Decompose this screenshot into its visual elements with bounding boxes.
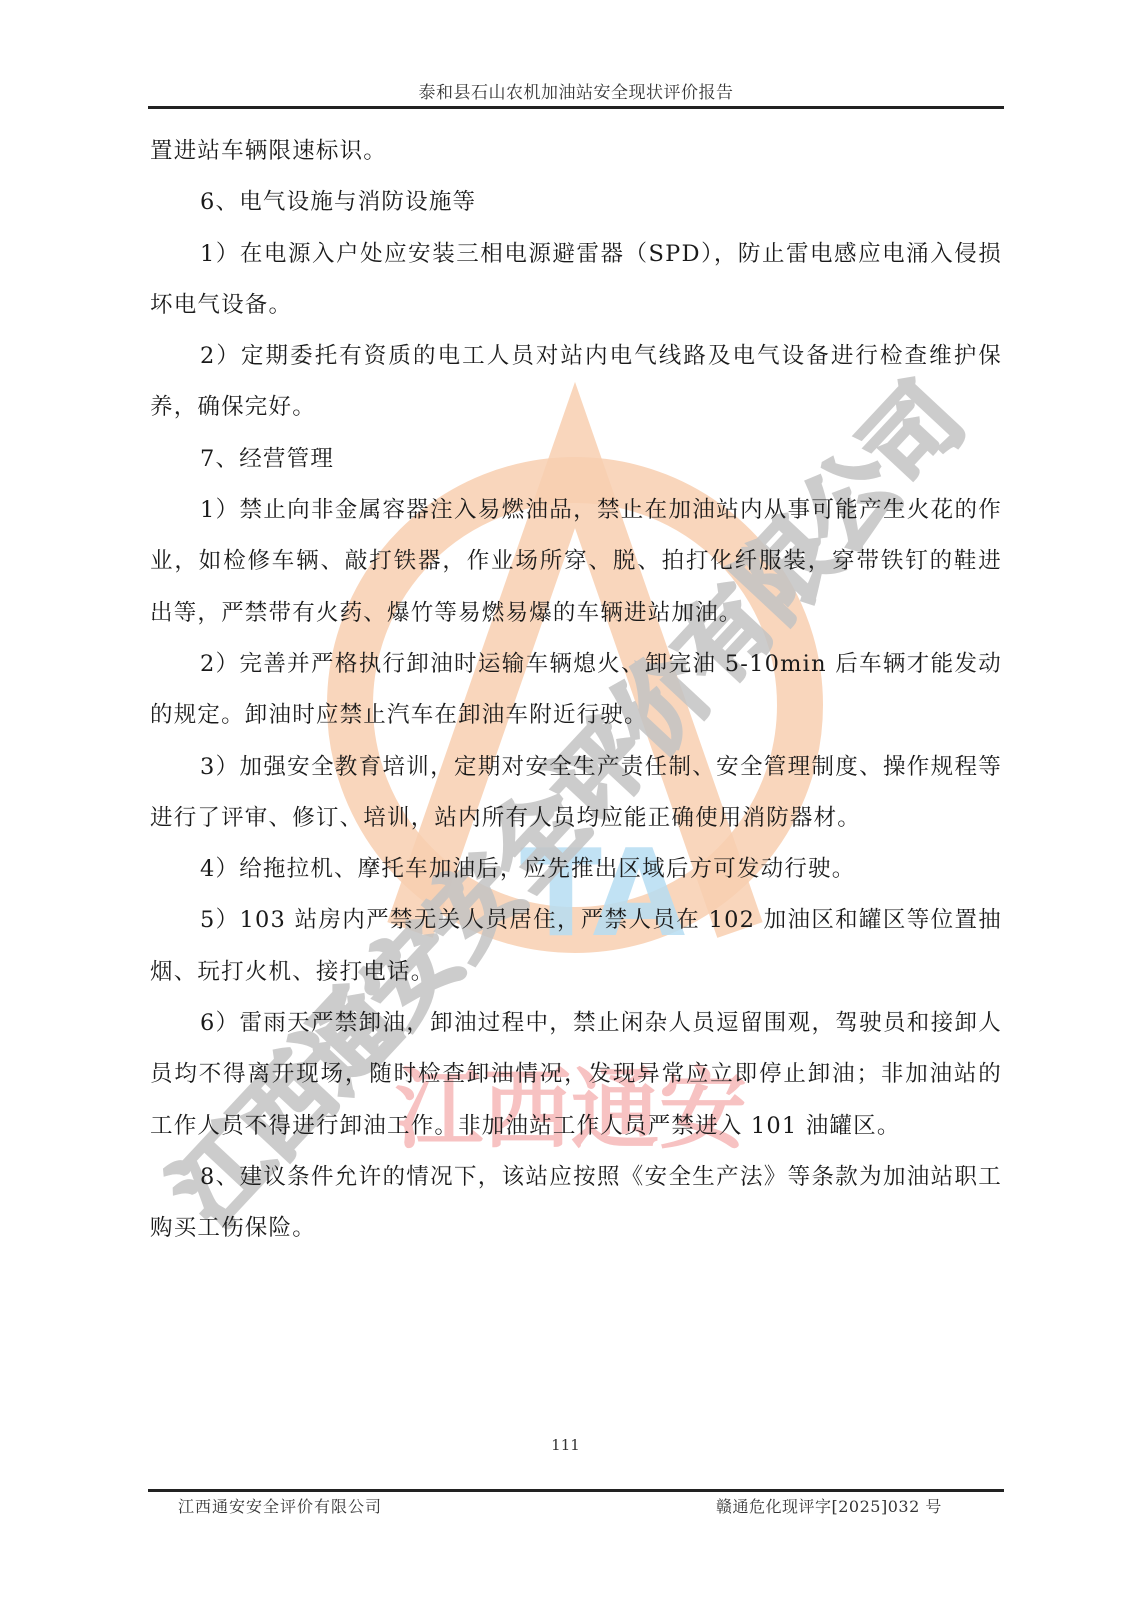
paragraph: 3）加强安全教育培训，定期对安全生产责任制、安全管理制度、操作规程等进行了评审、… [150,742,1002,845]
section-heading: 8、建议条件允许的情况下，该站应按照《安全生产法》等条款为加油站职工购买工伤保险… [150,1152,1002,1255]
section-heading: 7、经营管理 [150,434,1002,485]
page-header-title: 泰和县石山农机加油站安全现状评价报告 [148,78,1004,103]
page-number: 111 [0,1436,1131,1454]
footer-doc-number: 赣通危化现评字[2025]032 号 [716,1494,942,1517]
paragraph: 2）定期委托有资质的电工人员对站内电气线路及电气设备进行检查维护保养，确保完好。 [150,331,1002,434]
paragraph: 1）在电源入户处应安装三相电源避雷器（SPD），防止雷电感应电涌入侵损坏电气设备… [150,229,1002,332]
paragraph: 5）103 站房内严禁无关人员居住，严禁人员在 102 加油区和罐区等位置抽烟、… [150,895,1002,998]
paragraph: 1）禁止向非金属容器注入易燃油品，禁止在加油站内从事可能产生火花的作业，如检修车… [150,485,1002,639]
header-divider [148,106,1004,109]
section-heading: 6、电气设施与消防设施等 [150,177,1002,228]
paragraph: 置进站车辆限速标识。 [150,126,1002,177]
paragraph: 2）完善并严格执行卸油时运输车辆熄火、卸完油 5-10min 后车辆才能发动的规… [150,639,1002,742]
document-body: 置进站车辆限速标识。 6、电气设施与消防设施等 1）在电源入户处应安装三相电源避… [150,126,1002,1255]
footer-divider [148,1489,1004,1492]
paragraph: 6）雷雨天严禁卸油，卸油过程中，禁止闲杂人员逗留围观，驾驶员和接卸人员均不得离开… [150,998,1002,1152]
paragraph: 4）给拖拉机、摩托车加油后，应先推出区域后方可发动行驶。 [150,844,1002,895]
footer-company: 江西通安安全评价有限公司 [178,1494,382,1517]
